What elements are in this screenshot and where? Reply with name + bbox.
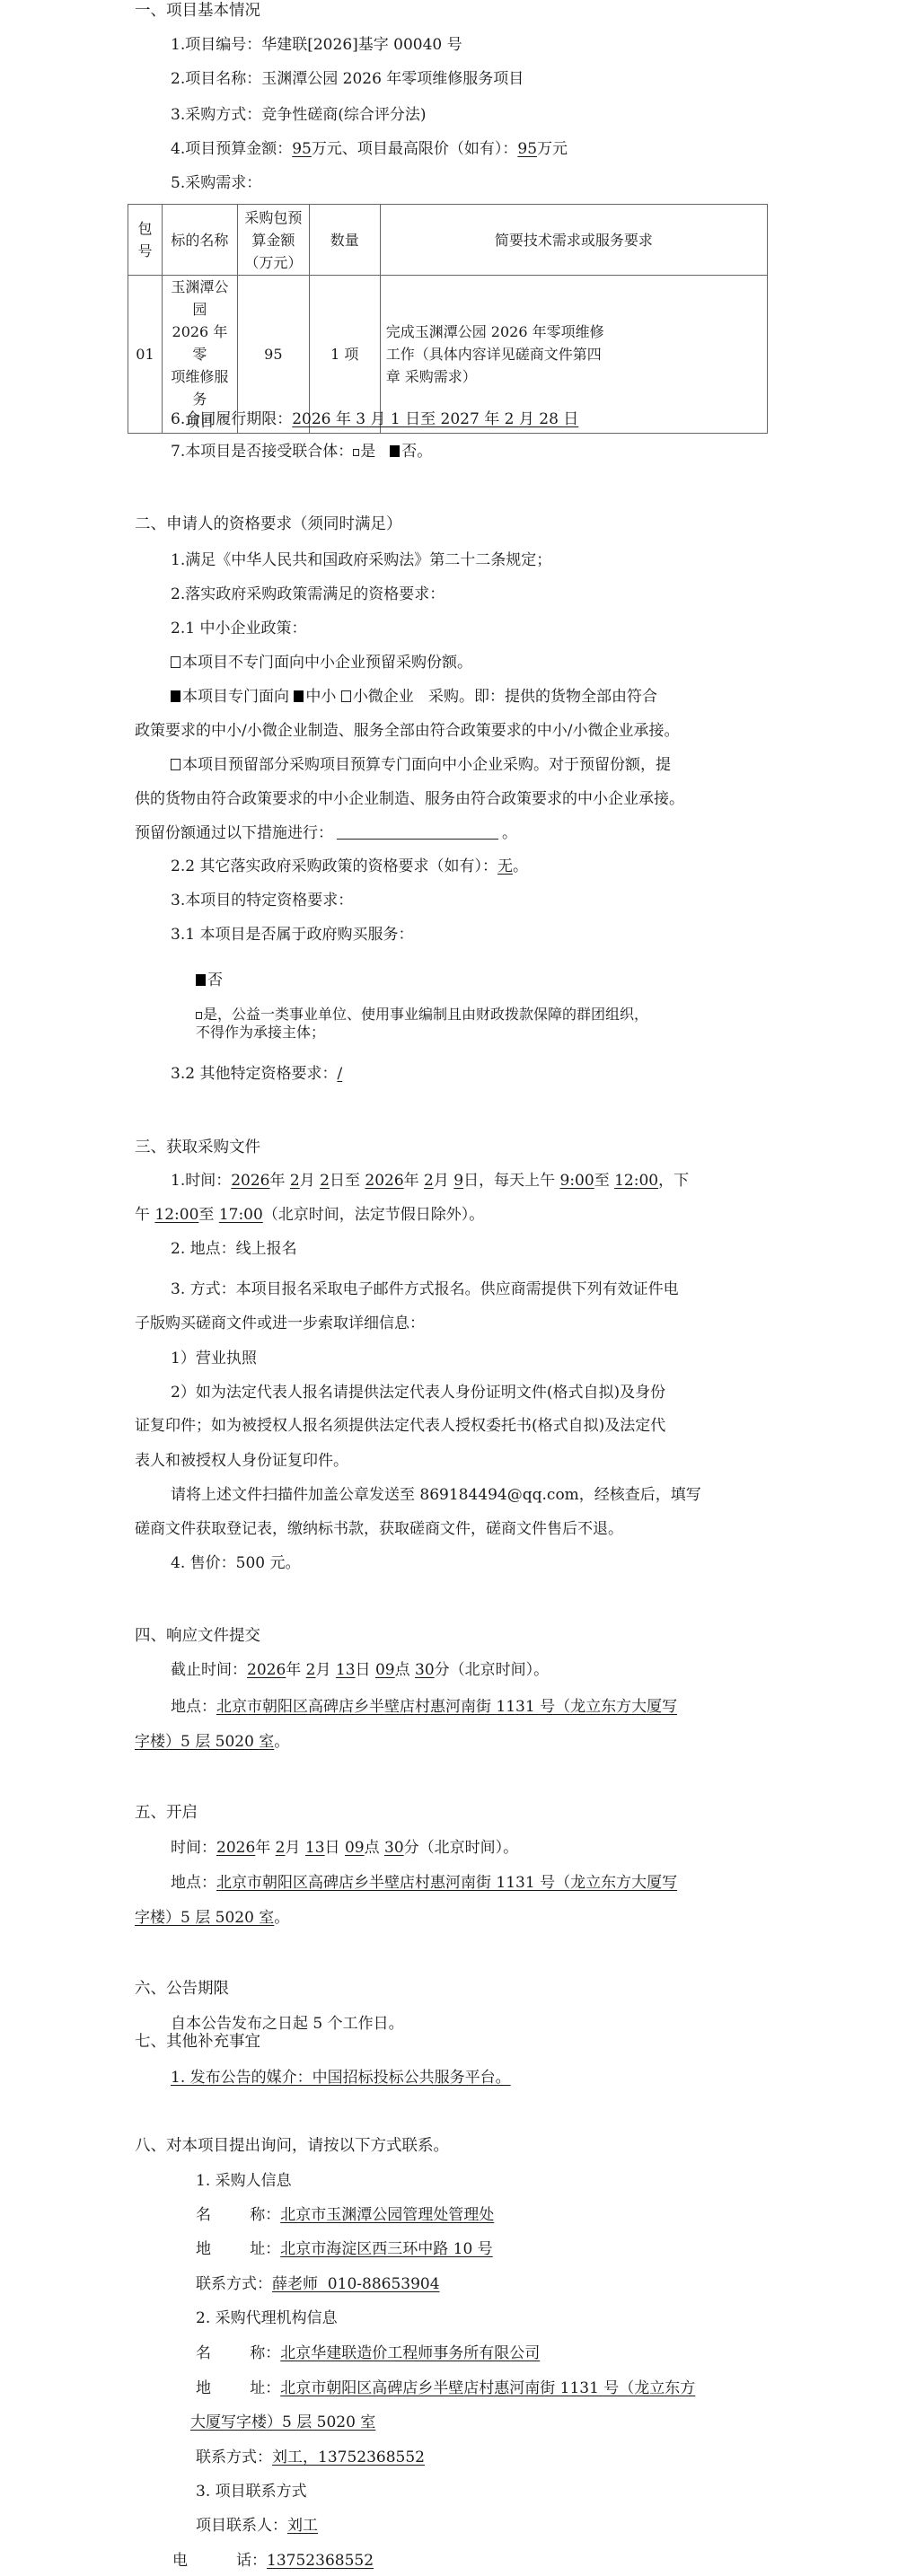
header-quantity: 数量 bbox=[309, 205, 380, 276]
date-part: 2 bbox=[290, 1172, 300, 1190]
project-number-label: 1.项目编号： bbox=[171, 36, 261, 54]
qualification-item-1: 1.满足《中华人民共和国政府采购法》第二十二条规定； bbox=[171, 550, 551, 570]
punct: 。 bbox=[274, 1909, 289, 1927]
field-label: 联系方式： bbox=[196, 2449, 272, 2466]
date-part: 2026 bbox=[216, 1839, 255, 1857]
obtain-time-continued: 午 12:00至 17:00（北京时间，法定节假日除外）。 bbox=[135, 1205, 484, 1225]
send-instructions-continued: 磋商文件获取登记表，缴纳标书款，获取磋商文件，磋商文件售后不退。 bbox=[135, 1519, 623, 1539]
document-price: 4. 售价：500 元。 bbox=[171, 1553, 300, 1573]
opening-place: 地点：北京市朝阳区高碑店乡半壁店村惠河南街 1131 号（龙立东方大厦写 bbox=[171, 1873, 677, 1893]
project-number: 1.项目编号：华建联[2026]基字 00040 号 bbox=[171, 35, 462, 55]
project-number-value: 华建联[2026]基字 00040 号 bbox=[261, 36, 462, 54]
consortium-no: 否。 bbox=[401, 443, 432, 461]
required-doc-2-end: 表人和被授权人身份证复印件。 bbox=[135, 1451, 348, 1471]
consortium-question: 7.本项目是否接受联合体：是否。 bbox=[171, 442, 432, 462]
cell-package-no: 01 bbox=[128, 276, 163, 434]
procurement-method: 3.采购方式：竞争性磋商(综合评分法) bbox=[171, 105, 427, 125]
date-part: 9 bbox=[453, 1172, 463, 1190]
method-label: 3.采购方式： bbox=[171, 106, 261, 124]
option-micro: 小微企业 bbox=[353, 688, 414, 706]
option-not-reserved: 本项目不专门面向中小企业预留采购份额。 bbox=[171, 653, 472, 673]
cell-line: 玉渊潭公园 bbox=[171, 278, 228, 318]
cell-line: 项维修服务 bbox=[171, 368, 228, 408]
header-line: 包 bbox=[137, 220, 152, 237]
option-text: 不得作为承接主体； bbox=[196, 1024, 325, 1041]
checkbox-unchecked-icon bbox=[341, 690, 351, 702]
field-label: 地 址： bbox=[196, 2379, 280, 2397]
checkbox-unchecked-icon bbox=[171, 759, 180, 770]
time-part: 30 bbox=[415, 1661, 435, 1679]
option-dedicated-continued: 政策要求的中小/小微企业制造、服务全部由符合政策要求的中小/小微企业承接。 bbox=[135, 721, 679, 741]
option-text: 本项目不专门面向中小企业预留采购份额。 bbox=[182, 654, 472, 672]
option-text: 本项目预留部分采购项目预算专门面向中小企业采购。对于预留份额，提 bbox=[182, 756, 671, 774]
max-price-unit: 万元 bbox=[537, 140, 568, 158]
buyer-info-title: 1. 采购人信息 bbox=[196, 2171, 292, 2191]
time-part: 12:00 bbox=[154, 1206, 198, 1224]
contract-period-value: 2026 年 3 月 1 日至 2027 年 2 月 28 日 bbox=[292, 410, 578, 428]
field-value: 北京市朝阳区高碑店乡半壁店村惠河南街 1131 号（龙立东方 bbox=[280, 2379, 695, 2397]
checkbox-checked-icon bbox=[196, 974, 206, 986]
consortium-yes: 是 bbox=[360, 443, 375, 461]
field-value: 北京华建联造价工程师事务所有限公司 bbox=[280, 2344, 540, 2362]
submission-place-continued: 字楼）5 层 5020 室。 bbox=[135, 1732, 289, 1752]
field-label: 名 称： bbox=[196, 2344, 280, 2362]
option-partial-continued: 供的货物由符合政策要求的中小企业制造、服务由符合政策要求的中小企业承接。 bbox=[135, 789, 684, 809]
reserve-measures-label: 预留份额通过以下措施进行： bbox=[135, 824, 333, 842]
budget-label: 4.项目预算金额： bbox=[171, 140, 292, 158]
header-package-budget: 采购包预算金额（万元） bbox=[237, 205, 309, 276]
section-heading-contact: 八、对本项目提出询问，请按以下方式联系。 bbox=[135, 2136, 449, 2156]
contract-period-label: 6.合同履行期限： bbox=[171, 410, 292, 428]
section-heading-opening: 五、开启 bbox=[135, 1803, 198, 1823]
date-part: 2 bbox=[276, 1839, 286, 1857]
time-part: 12:00 bbox=[614, 1172, 658, 1190]
time-suffix: （北京时间，法定节假日除外）。 bbox=[263, 1206, 485, 1224]
option-sme: 中小 bbox=[305, 688, 340, 706]
option-text: 采购。即：提供的货物全部由符合 bbox=[414, 688, 657, 706]
date-part: 13 bbox=[305, 1839, 325, 1857]
procurement-demand-label: 5.采购需求： bbox=[171, 173, 261, 193]
field-value: 北京市海淀区西三环中路 10 号 bbox=[280, 2240, 492, 2258]
consortium-label: 7.本项目是否接受联合体： bbox=[171, 443, 353, 461]
section-heading-qualifications: 二、申请人的资格要求（须同时满足） bbox=[135, 514, 402, 534]
time-part: 09 bbox=[345, 1839, 365, 1857]
section-heading-other-matters: 七、其他补充事宜 bbox=[135, 2032, 260, 2052]
header-item-name: 标的名称 bbox=[162, 205, 237, 276]
buyer-name: 名 称：北京市玉渊潭公园管理处管理处 bbox=[196, 2205, 494, 2225]
checkbox-unchecked-icon bbox=[353, 449, 359, 456]
project-name-value: 玉渊潭公园 2026 年零项维修服务项目 bbox=[261, 70, 524, 88]
checkbox-unchecked-icon bbox=[196, 1012, 202, 1019]
place-label: 地点： bbox=[171, 1698, 216, 1716]
field-value: 刘工，13752368552 bbox=[272, 2449, 425, 2466]
opening-place-continued: 字楼）5 层 5020 室。 bbox=[135, 1908, 289, 1928]
item-label: 3.2 其他特定资格要求： bbox=[171, 1065, 337, 1083]
header-line: 算金额 bbox=[251, 232, 295, 249]
timezone: （北京时间）。 bbox=[419, 1839, 519, 1857]
cell-line: 完成玉渊潭公园 2026 年零项维修 bbox=[386, 323, 604, 340]
field-value: 薛老师 010-88653904 bbox=[272, 2275, 440, 2293]
project-contact-person: 项目联系人：刘工 bbox=[196, 2516, 318, 2536]
gov-service-yes: 是，公益一类事业单位、使用事业编制且由财政拨款保障的群团组织，不得作为承接主体； bbox=[196, 1006, 648, 1042]
place-value: 北京市朝阳区高碑店乡半壁店村惠河南街 1131 号（龙立东方大厦写 bbox=[216, 1698, 677, 1716]
agency-contact: 联系方式：刘工，13752368552 bbox=[196, 2448, 425, 2467]
place-value: 字楼）5 层 5020 室 bbox=[135, 1733, 274, 1751]
header-requirements: 简要技术需求或服务要求 bbox=[380, 205, 767, 276]
date-part: 2 bbox=[306, 1661, 316, 1679]
field-value: 大厦写字楼）5 层 5020 室 bbox=[190, 2413, 375, 2431]
agency-name: 名 称：北京华建联造价工程师事务所有限公司 bbox=[196, 2343, 540, 2363]
obtain-time: 1.时间：2026年 2月 2日至 2026年 2月 9日，每天上午 9:00至… bbox=[171, 1171, 689, 1191]
required-doc-1: 1）营业执照 bbox=[171, 1349, 257, 1368]
obtain-place: 2. 地点：线上报名 bbox=[171, 1239, 297, 1259]
checkbox-checked-icon bbox=[171, 690, 180, 702]
date-part: 2 bbox=[424, 1172, 434, 1190]
required-doc-2: 2）如为法定代表人报名请提供法定代表人身份证明文件(格式自拟)及身份 bbox=[171, 1383, 665, 1402]
notice-period-text: 自本公告发布之日起 5 个工作日。 bbox=[171, 2014, 404, 2034]
place-value: 字楼）5 层 5020 室 bbox=[135, 1909, 274, 1927]
qualification-item-2: 2.落实政府采购政策需满足的资格要求： bbox=[171, 585, 445, 604]
project-name-label: 2.项目名称： bbox=[171, 70, 261, 88]
qualification-item-3-2: 3.2 其他特定资格要求：/ bbox=[171, 1064, 342, 1084]
required-doc-2-continued: 证复印件；如为被授权人报名须提供法定代表人授权委托书(格式自拟)及法定代 bbox=[135, 1416, 665, 1436]
time-label: 时间： bbox=[171, 1839, 216, 1857]
opening-time: 时间：2026年 2月 13日 09点 30分（北京时间）。 bbox=[171, 1838, 518, 1858]
gov-service-no: 否 bbox=[196, 971, 223, 990]
obtain-method: 3. 方式：本项目报名采取电子邮件方式报名。供应商需提供下列有效证件电 bbox=[171, 1279, 679, 1299]
field-value: 13752368552 bbox=[267, 2552, 374, 2570]
agency-info-title: 2. 采购代理机构信息 bbox=[196, 2308, 338, 2328]
item-value: 无 bbox=[497, 857, 513, 875]
section-heading-notice-period: 六、公告期限 bbox=[135, 1979, 229, 1999]
time-part: 9:00 bbox=[560, 1172, 594, 1190]
method-value: 竞争性磋商(综合评分法) bbox=[261, 106, 426, 124]
section-heading-submission: 四、响应文件提交 bbox=[135, 1626, 260, 1646]
field-value: 北京市玉渊潭公园管理处管理处 bbox=[280, 2206, 494, 2224]
time-part: 09 bbox=[375, 1661, 395, 1679]
date-part: 2 bbox=[320, 1172, 330, 1190]
submission-deadline: 截止时间：2026年 2月 13日 09点 30分（北京时间）。 bbox=[171, 1660, 549, 1680]
deadline-label: 截止时间： bbox=[171, 1661, 247, 1679]
date-part: 2026 bbox=[231, 1172, 269, 1190]
reserve-measures: 预留份额通过以下措施进行：。 bbox=[135, 823, 517, 843]
project-contact-title: 3. 项目联系方式 bbox=[196, 2482, 307, 2501]
time-part: 30 bbox=[384, 1839, 404, 1857]
time-part: 17:00 bbox=[219, 1206, 263, 1224]
field-value: 刘工 bbox=[287, 2517, 318, 2535]
qualification-item-2-1: 2.1 中小企业政策： bbox=[171, 619, 306, 638]
budget-unit: 万元、项目最高限价（如有）： bbox=[312, 140, 518, 158]
qualification-item-3-1: 3.1 本项目是否属于政府购买服务： bbox=[171, 925, 413, 945]
max-price-value: 95 bbox=[517, 140, 537, 158]
date-part: 13 bbox=[336, 1661, 356, 1679]
item-label: 2.2 其它落实政府采购政策的资格要求（如有）： bbox=[171, 857, 497, 875]
field-label: 联系方式： bbox=[196, 2275, 272, 2293]
checkbox-unchecked-icon bbox=[171, 656, 180, 668]
checkbox-checked-icon bbox=[294, 690, 304, 702]
checkbox-checked-icon bbox=[390, 445, 400, 457]
field-label: 名 称： bbox=[196, 2206, 280, 2224]
send-text: ，经核查后，填写 bbox=[579, 1486, 701, 1504]
qualification-item-2-2: 2.2 其它落实政府采购政策的资格要求（如有）：无。 bbox=[171, 857, 528, 876]
procurement-demand-table: 包号 标的名称 采购包预算金额（万元） 数量 简要技术需求或服务要求 01 玉渊… bbox=[128, 204, 768, 434]
option-dedicated: 本项目专门面向 中小 小微企业 采购。即：提供的货物全部由符合 bbox=[171, 687, 657, 707]
section-heading-basic-info: 一、项目基本情况 bbox=[135, 1, 260, 21]
submission-place: 地点：北京市朝阳区高碑店乡半壁店村惠河南街 1131 号（龙立东方大厦写 bbox=[171, 1697, 677, 1717]
option-text: 是，公益一类事业单位、使用事业编制且由财政拨款保障的群团组织， bbox=[203, 1006, 648, 1023]
timezone: （北京时间）。 bbox=[450, 1661, 550, 1679]
time-label: 1.时间： bbox=[171, 1172, 231, 1190]
field-label: 电 话： bbox=[172, 2552, 267, 2570]
punct: 。 bbox=[274, 1733, 289, 1751]
budget-value: 95 bbox=[292, 140, 312, 158]
field-label: 地 址： bbox=[196, 2240, 280, 2258]
blank-field bbox=[337, 824, 498, 840]
send-text: 请将上述文件扫描件加盖公章发送至 bbox=[171, 1486, 419, 1504]
header-package-no: 包号 bbox=[128, 205, 163, 276]
email-link[interactable]: 869184494@qq.com bbox=[419, 1486, 578, 1504]
place-label: 地点： bbox=[171, 1874, 216, 1892]
punct: 。 bbox=[513, 857, 528, 875]
place-value: 北京市朝阳区高碑店乡半壁店村惠河南街 1131 号（龙立东方大厦写 bbox=[216, 1874, 677, 1892]
cell-line: 工作（具体内容详见磋商文件第四 bbox=[386, 346, 602, 363]
header-line: 采购包预 bbox=[244, 209, 302, 226]
agency-address-continued: 大厦写字楼）5 层 5020 室 bbox=[190, 2413, 375, 2432]
qualification-item-3: 3.本项目的特定资格要求： bbox=[171, 891, 353, 910]
cell-line: 2026 年零 bbox=[172, 323, 228, 363]
cell-line: 章 采购需求） bbox=[386, 368, 477, 385]
section-heading-obtain-documents: 三、获取采购文件 bbox=[135, 1138, 260, 1157]
option-text: 本项目专门面向 bbox=[182, 688, 294, 706]
buyer-contact: 联系方式：薛老师 010-88653904 bbox=[196, 2274, 440, 2294]
field-label: 项目联系人： bbox=[196, 2517, 287, 2535]
option-partial-reserved: 本项目预留部分采购项目预算专门面向中小企业采购。对于预留份额，提 bbox=[171, 755, 671, 775]
header-line: 号 bbox=[137, 242, 152, 259]
project-contact-phone: 电 话：13752368552 bbox=[172, 2551, 374, 2571]
punct: 。 bbox=[502, 824, 517, 842]
project-name: 2.项目名称：玉渊潭公园 2026 年零项维修服务项目 bbox=[171, 69, 524, 89]
header-line: （万元） bbox=[244, 254, 302, 271]
send-instructions: 请将上述文件扫描件加盖公章发送至 869184494@qq.com，经核查后，填… bbox=[171, 1485, 701, 1505]
contract-period: 6.合同履行期限：2026 年 3 月 1 日至 2027 年 2 月 28 日 bbox=[171, 409, 578, 429]
buyer-address: 地 址：北京市海淀区西三环中路 10 号 bbox=[196, 2239, 493, 2259]
project-budget: 4.项目预算金额：95万元、项目最高限价（如有）：95万元 bbox=[171, 139, 568, 159]
publication-media: 1. 发布公告的媒介：中国招标投标公共服务平台。 bbox=[171, 2068, 511, 2088]
agency-address: 地 址：北京市朝阳区高碑店乡半壁店村惠河南街 1131 号（龙立东方 bbox=[196, 2378, 695, 2398]
date-part: 2026 bbox=[247, 1661, 286, 1679]
obtain-method-continued: 子版购买磋商文件或进一步索取详细信息： bbox=[135, 1314, 425, 1333]
date-part: 2026 bbox=[365, 1172, 403, 1190]
item-value: / bbox=[337, 1065, 342, 1083]
table-header-row: 包号 标的名称 采购包预算金额（万元） 数量 简要技术需求或服务要求 bbox=[128, 205, 768, 276]
option-text: 否 bbox=[207, 971, 223, 989]
